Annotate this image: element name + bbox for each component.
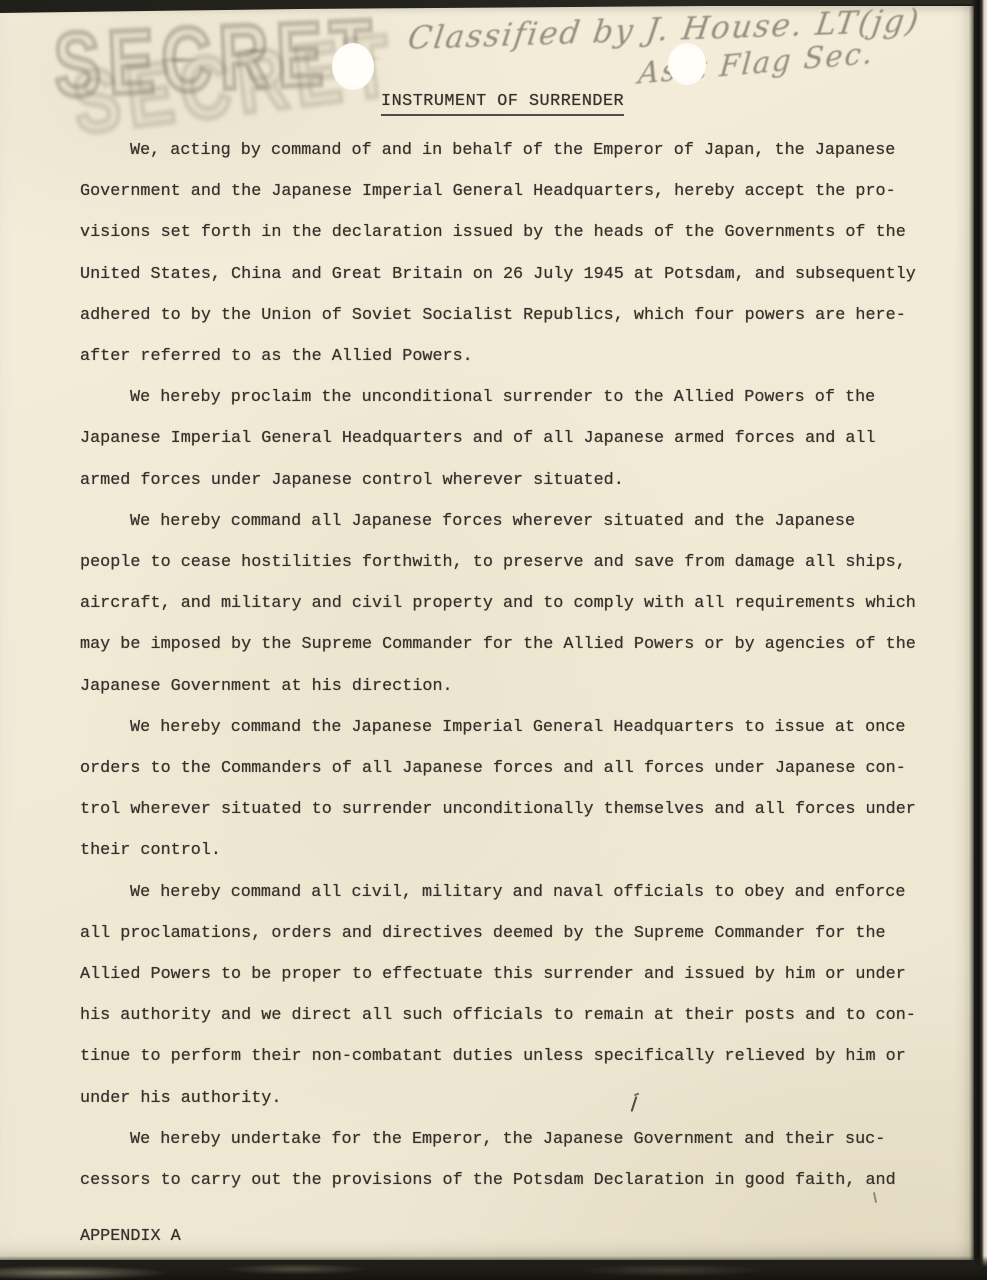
paragraph-proclaim-surrender: We hereby proclaim the unconditional sur… [80,377,942,501]
hole-punch-right [668,43,706,85]
paragraph-officials-obey: We hereby command all civil, military an… [80,872,942,1119]
scan-edge-bottom [0,1256,987,1280]
paragraph-issue-orders: We hereby command the Japanese Imperial … [80,707,942,872]
document-body: We, acting by command of and in behalf o… [80,130,942,1201]
paper-sheet: SECRET SECRET Classified by J. House. LT… [0,6,974,1260]
scan-edge-right [969,0,987,1280]
paragraph-cease-hostilities: We hereby command all Japanese forces wh… [80,501,942,707]
appendix-label: APPENDIX A [80,1227,181,1246]
scanned-document-page: SECRET SECRET Classified by J. House. LT… [0,0,987,1280]
paragraph-accept-provisions: We, acting by command of and in behalf o… [80,130,942,377]
paragraph-undertake-potsdam: We hereby undertake for the Emperor, the… [80,1119,942,1201]
document-title: INSTRUMENT OF SURRENDER [381,92,624,116]
hole-punch-left [332,43,374,90]
